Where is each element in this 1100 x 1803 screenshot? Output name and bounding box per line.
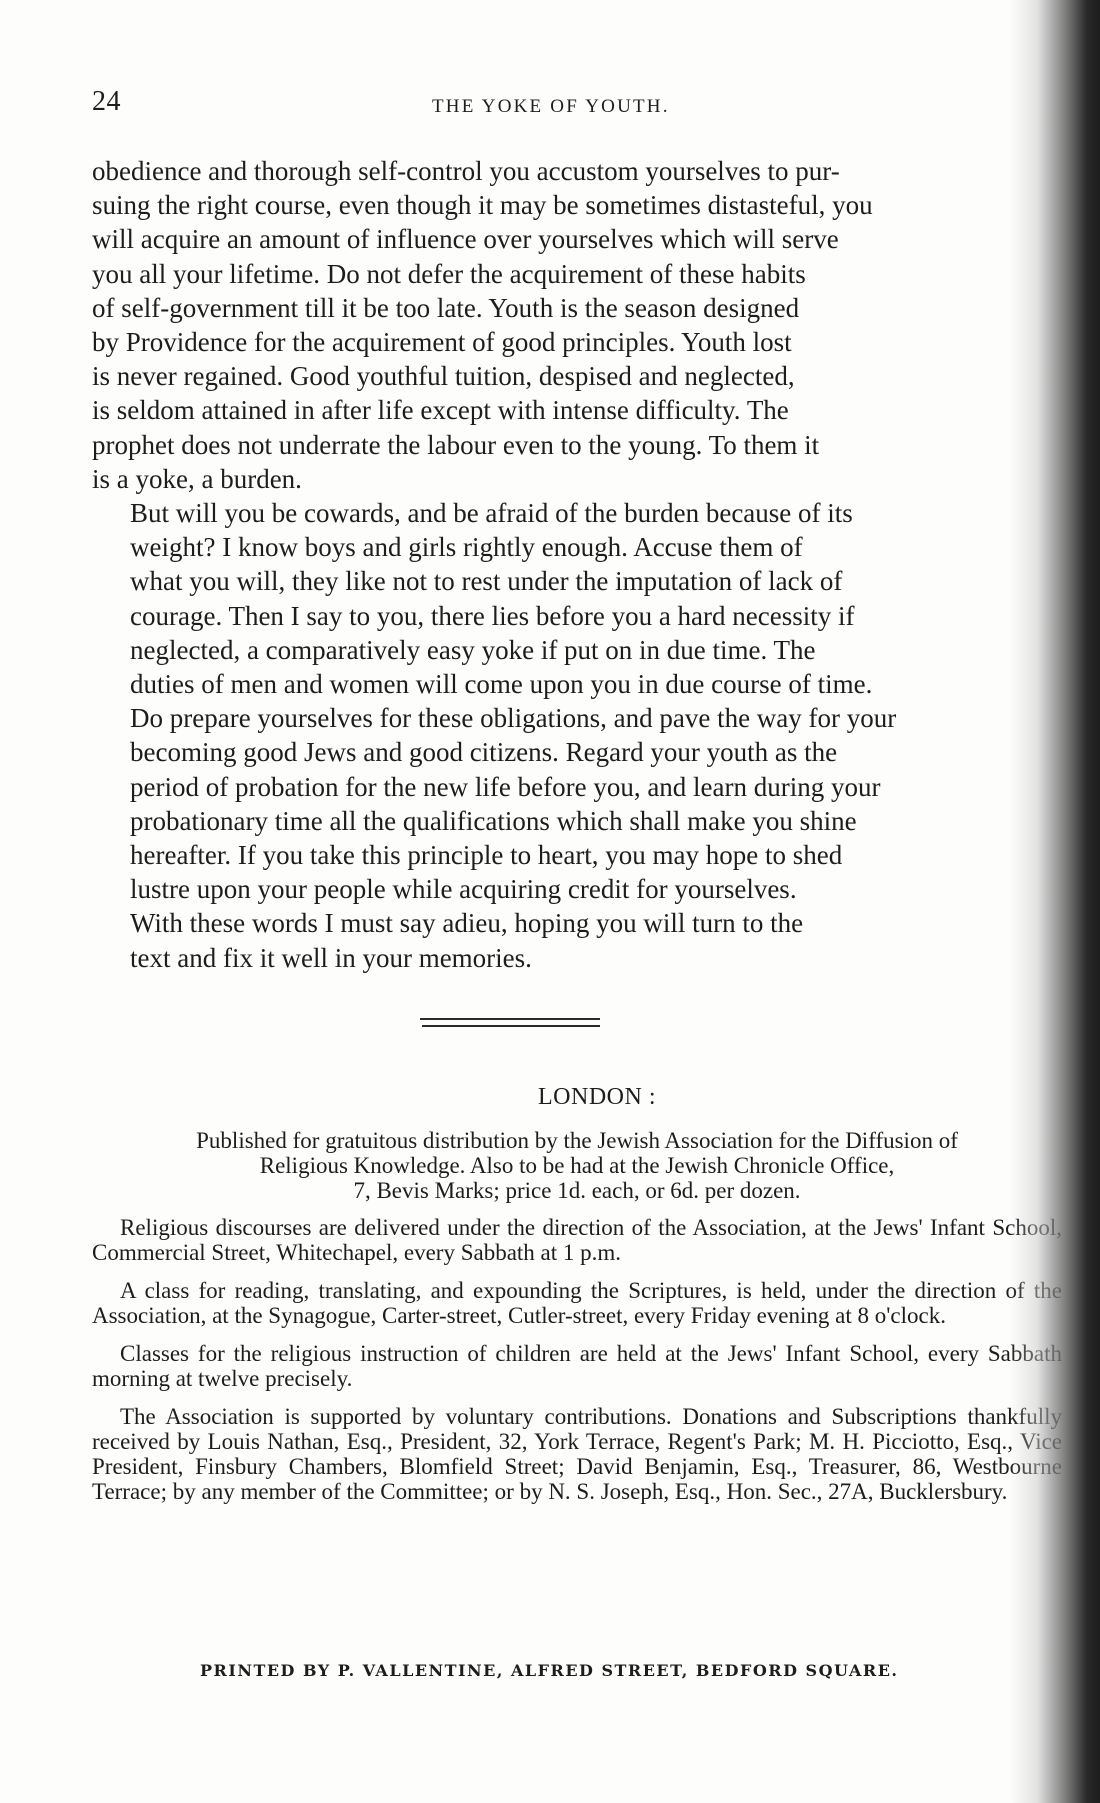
text-line: weight? I know boys and girls rightly en… [92, 530, 1067, 564]
text-line: suing the right course, even though it m… [92, 188, 1067, 222]
running-title: THE YOKE OF YOUTH. [432, 96, 670, 118]
text-line: period of probation for the new life bef… [92, 770, 1067, 804]
notice-children-classes: Classes for the religious instruction of… [92, 1341, 1062, 1391]
text-line: obedience and thorough self-control you … [92, 154, 1067, 188]
text-line: Published for gratuitous distribution by… [92, 1128, 1062, 1153]
text-line: hereafter. If you take this principle to… [92, 838, 1067, 872]
text-line: becoming good Jews and good citizens. Re… [92, 735, 1067, 769]
paragraph-2: But will you be cowards, and be afraid o… [92, 496, 1067, 906]
text-line: you all your lifetime. Do not defer the … [92, 257, 1067, 291]
text-line: what you will, they like not to rest und… [92, 564, 1067, 598]
notice-contributions: The Association is supported by voluntar… [92, 1404, 1062, 1504]
paragraph-3: With these words I must say adieu, hopin… [92, 906, 1067, 974]
imprint-section: LONDON : Published for gratuitous distri… [92, 1075, 1062, 1517]
page-number: 24 [92, 86, 121, 118]
paragraph-1: obedience and thorough self-control you … [92, 154, 1067, 496]
rule-line [422, 1025, 600, 1027]
text-line: Do prepare yourselves for these obligati… [92, 701, 1067, 735]
text-line: is seldom attained in after life except … [92, 393, 1067, 427]
text-line: neglected, a comparatively easy yoke if … [92, 633, 1067, 667]
body-text: obedience and thorough self-control you … [92, 154, 1067, 975]
notice-discourses: Religious discourses are delivered under… [92, 1215, 1062, 1265]
book-page: 24 THE YOKE OF YOUTH. obedience and thor… [0, 0, 1100, 1803]
text-line: lustre upon your people while acquiring … [92, 872, 1067, 906]
text-line: With these words I must say adieu, hopin… [92, 906, 1067, 940]
text-line: text and fix it well in your memories. [92, 941, 1067, 975]
rule-line [420, 1018, 600, 1020]
text-line: is never regained. Good youthful tuition… [92, 359, 1067, 393]
text-line: courage. Then I say to you, there lies b… [92, 599, 1067, 633]
text-line: Religious Knowledge. Also to be had at t… [92, 1153, 1062, 1178]
text-line: duties of men and women will come upon y… [92, 667, 1067, 701]
notice-scripture-class: A class for reading, translating, and ex… [92, 1278, 1062, 1328]
text-line: prophet does not underrate the labour ev… [92, 428, 1067, 462]
text-line: 7, Bevis Marks; price 1d. each, or 6d. p… [92, 1178, 1062, 1203]
text-line: probationary time all the qualifications… [92, 804, 1067, 838]
text-line: will acquire an amount of influence over… [92, 222, 1067, 256]
printer-colophon: PRINTED BY P. VALLENTINE, ALFRED STREET,… [200, 1661, 898, 1680]
text-line: is a yoke, a burden. [92, 462, 1067, 496]
text-line: by Providence for the acquirement of goo… [92, 325, 1067, 359]
running-head: 24 THE YOKE OF YOUTH. [92, 86, 952, 126]
imprint-heading: LONDON : [92, 1085, 1062, 1110]
double-rule-divider [420, 1018, 600, 1032]
text-line: of self-government till it be too late. … [92, 291, 1067, 325]
publication-statement: Published for gratuitous distribution by… [92, 1128, 1062, 1203]
text-line: But will you be cowards, and be afraid o… [92, 496, 1067, 530]
